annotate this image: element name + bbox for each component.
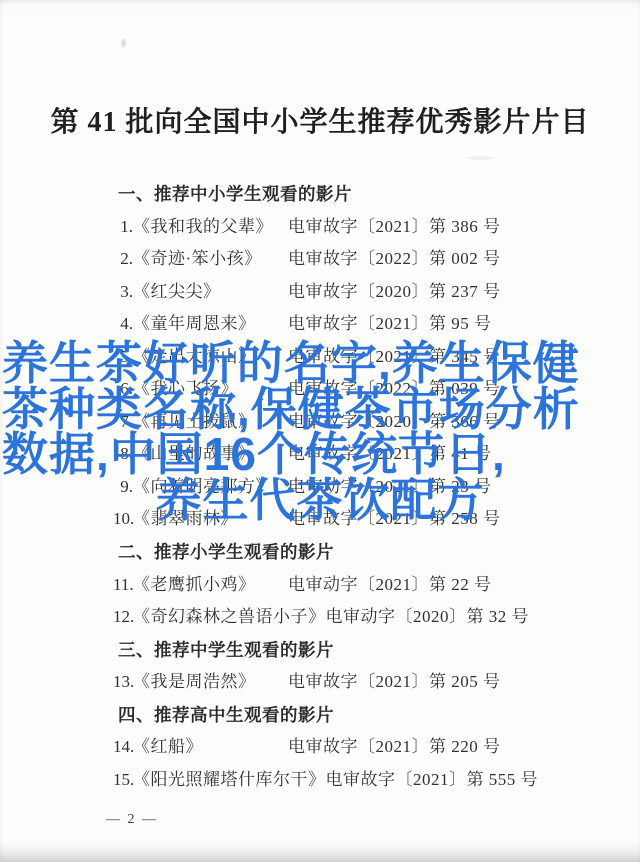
- censor-code: 电审动字〔2020〕第 32 号: [326, 607, 530, 626]
- film-row: 13.《我是周浩然》电审故字〔2021〕第 205 号: [118, 666, 604, 699]
- scan-artifact-speck: [121, 39, 126, 47]
- censor-code: 电审故字〔2021〕第 220 号: [288, 737, 501, 756]
- film-row: 11.《老鹰抓小鸡》电审动字〔2021〕第 22 号: [118, 569, 604, 602]
- film-row: 4.《童年周恩来》电审故字〔2021〕第 95 号: [118, 308, 604, 341]
- watermark-line: 养生茶好听的名字,养生保健: [2, 341, 638, 387]
- film-title: 《我和我的父辈》: [133, 211, 288, 244]
- censor-code: 电审故字〔2021〕第 555 号: [326, 770, 539, 789]
- film-title: 《奇迹·笨小孩》: [133, 243, 288, 276]
- film-ordinal: 3.: [113, 276, 133, 309]
- censor-code: 电审故字〔2021〕第 205 号: [288, 672, 501, 691]
- section-heading: 二、推荐小学生观看的影片: [118, 536, 604, 569]
- film-ordinal: 4.: [113, 308, 133, 341]
- watermark-line: 养生代茶饮配方: [2, 478, 638, 524]
- film-title: 《阳光照耀塔什库尔干》: [133, 764, 326, 797]
- film-ordinal: 15.: [113, 764, 133, 797]
- film-row: 14.《红船》电审故字〔2021〕第 220 号: [118, 731, 604, 764]
- film-ordinal: 14.: [113, 731, 133, 764]
- section-heading: 一、推荐中小学生观看的影片: [118, 178, 604, 211]
- censor-code: 电审故字〔2021〕第 95 号: [288, 314, 492, 333]
- scanned-document-page: 第 41 批向全国中小学生推荐优秀影片片目 一、推荐中小学生观看的影片 1.《我…: [0, 0, 640, 862]
- film-ordinal: 13.: [113, 666, 133, 699]
- film-row: 1.《我和我的父辈》电审故字〔2021〕第 386 号: [118, 211, 604, 244]
- film-row: 3.《红尖尖》电审故字〔2020〕第 237 号: [118, 276, 604, 309]
- film-ordinal: 1.: [113, 211, 133, 244]
- censor-code: 电审故字〔2022〕第 002 号: [288, 249, 501, 268]
- watermark-line: 数据,中国16个传统节日,: [2, 432, 638, 478]
- film-ordinal: 11.: [113, 569, 133, 602]
- watermark-line: 茶种类名称,保健茶市场分析: [2, 387, 638, 433]
- film-title: 《红船》: [133, 731, 288, 764]
- film-title: 《老鹰抓小鸡》: [133, 569, 288, 602]
- section-heading: 三、推荐中学生观看的影片: [118, 634, 604, 667]
- document-title: 第 41 批向全国中小学生推荐优秀影片片目: [0, 100, 640, 140]
- film-title: 《奇幻森林之兽语小子》: [133, 601, 326, 634]
- film-title: 《童年周恩来》: [133, 308, 288, 341]
- film-row: 12.《奇幻森林之兽语小子》电审动字〔2020〕第 32 号: [118, 601, 604, 634]
- scan-artifact-smudge: [468, 156, 494, 160]
- censor-code: 电审故字〔2020〕第 237 号: [288, 282, 501, 301]
- section-heading: 四、推荐高中生观看的影片: [118, 699, 604, 732]
- film-ordinal: 12.: [113, 601, 133, 634]
- film-ordinal: 2.: [113, 243, 133, 276]
- film-row: 2.《奇迹·笨小孩》电审故字〔2022〕第 002 号: [118, 243, 604, 276]
- film-row: 15.《阳光照耀塔什库尔干》电审故字〔2021〕第 555 号: [118, 764, 604, 797]
- censor-code: 电审动字〔2021〕第 22 号: [288, 575, 492, 594]
- film-title: 《我是周浩然》: [133, 666, 288, 699]
- film-title: 《红尖尖》: [133, 276, 288, 309]
- censor-code: 电审故字〔2021〕第 386 号: [288, 217, 501, 236]
- watermark-overlay-text: 养生茶好听的名字,养生保健茶种类名称,保健茶市场分析数据,中国16个传统节日,养…: [2, 341, 638, 523]
- page-number: — 2 —: [106, 812, 158, 828]
